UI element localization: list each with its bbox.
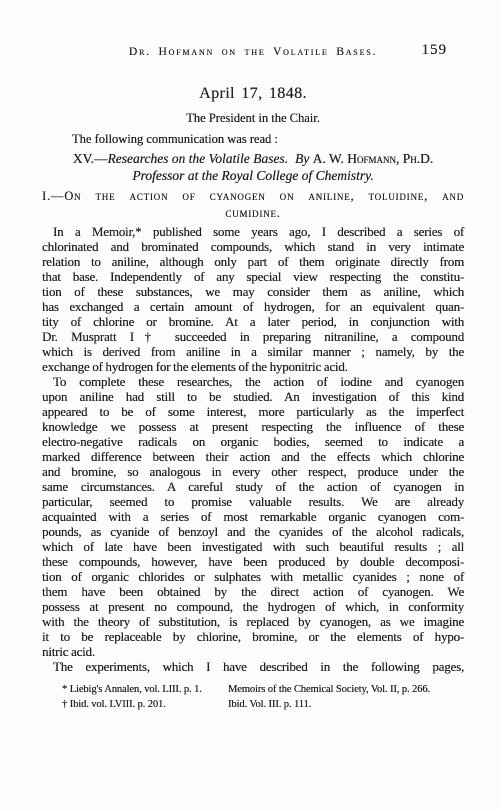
text-line: upon aniline had still to be studied. An… — [42, 389, 464, 404]
communication-line: The following communication was read : — [42, 132, 464, 147]
text-line: Dr. Muspratt I† succeeded in preparing n… — [42, 329, 464, 344]
footnote-2-left: † Ibid. vol. LVIII. p. 201. — [62, 697, 228, 712]
text-line: In a Memoir,* published some years ago, … — [42, 224, 464, 239]
text-line: exchange of hydrogen for the elements of… — [42, 359, 464, 374]
footnote-1-left: * Liebig's Annalen, vol. LIII. p. 1. — [62, 682, 228, 697]
text-line: pounds, as cyanide of benzoyl and the cy… — [42, 524, 464, 539]
text-line: marked difference between their action a… — [42, 449, 464, 464]
text-line: them have been obtained by the direct ac… — [42, 584, 464, 599]
text-line: knowledge we possess at present respecti… — [42, 419, 464, 434]
text-line: which is derived from aniline in a simil… — [42, 344, 464, 359]
text-line: that base. Independently of any special … — [42, 269, 464, 284]
text-line: The experiments, which I have described … — [42, 659, 464, 674]
text-line: acquainted with a series of most remarka… — [42, 509, 464, 524]
text-line: appeared to be of some interest, more pa… — [42, 404, 464, 419]
text-line: chlorinated and brominated compounds, wh… — [42, 239, 464, 254]
text-line: electro-negative radicals on organic bod… — [42, 434, 464, 449]
section-heading-line1: I.—On the action of cyanogen on aniline,… — [42, 188, 464, 205]
paragraph-1: In a Memoir,* published some years ago, … — [42, 224, 464, 374]
text-line: nitric acid. — [42, 644, 464, 659]
text-line: tion of organic chlorides or sulphates w… — [42, 569, 464, 584]
text-line: with the theory of substitution, is repl… — [42, 614, 464, 629]
paragraph-2: To complete these researches, the action… — [42, 374, 464, 659]
footnotes: * Liebig's Annalen, vol. LIII. p. 1. Mem… — [62, 682, 464, 712]
text-line: tion of these substances, we may conside… — [42, 284, 464, 299]
text-line: same circumstances. A careful study of t… — [42, 479, 464, 494]
text-line: has exchanged a certain amount of hydrog… — [42, 299, 464, 314]
text-line: relation to aniline, although only part … — [42, 254, 464, 269]
text-line: and bromine, so analogous in every other… — [42, 464, 464, 479]
article-title: XV.—Researches on the Volatile Bases.By … — [42, 150, 464, 167]
section-heading: I.—On the action of cyanogen on aniline,… — [42, 188, 464, 222]
text-line: To complete these researches, the action… — [42, 374, 464, 389]
section-heading-line2: cumidine. — [42, 205, 464, 222]
text-line: it to be replaceable by chlorine, bromin… — [42, 629, 464, 644]
footnote-row-1: * Liebig's Annalen, vol. LIII. p. 1. Mem… — [62, 682, 464, 697]
article-title-text: Researches on the Volatile Bases. — [107, 151, 288, 166]
meeting-date: April 17, 1848. — [42, 84, 464, 104]
paragraph-3: The experiments, which I have described … — [42, 659, 464, 674]
article-body: In a Memoir,* published some years ago, … — [42, 224, 464, 674]
byline-prefix: By — [295, 151, 309, 166]
footnote-1-right: Memoirs of the Chemical Society, Vol. II… — [228, 682, 464, 697]
article-number: XV.— — [73, 151, 108, 166]
text-line: possess at present no compound, the hydr… — [42, 599, 464, 614]
text-line: tity of chlorine or bromine. At a later … — [42, 314, 464, 329]
text-line: particular, seemed to promise valuable r… — [42, 494, 464, 509]
author-affiliation: Professor at the Royal College of Chemis… — [42, 167, 464, 184]
journal-page: Dr. Hofmann on the Volatile Bases. 159 A… — [0, 0, 500, 810]
text-line: these compounds, however, have been prod… — [42, 554, 464, 569]
text-line: which of late have been investigated wit… — [42, 539, 464, 554]
footnote-2-right: Ibid. Vol. III. p. 111. — [228, 697, 464, 712]
text-column: April 17, 1848. The President in the Cha… — [42, 0, 464, 712]
chair-line: The President in the Chair. — [42, 111, 464, 126]
footnote-row-2: † Ibid. vol. LVIII. p. 201. Ibid. Vol. I… — [62, 697, 464, 712]
author-name: A. W. Hofmann, Ph.D. — [313, 151, 434, 166]
